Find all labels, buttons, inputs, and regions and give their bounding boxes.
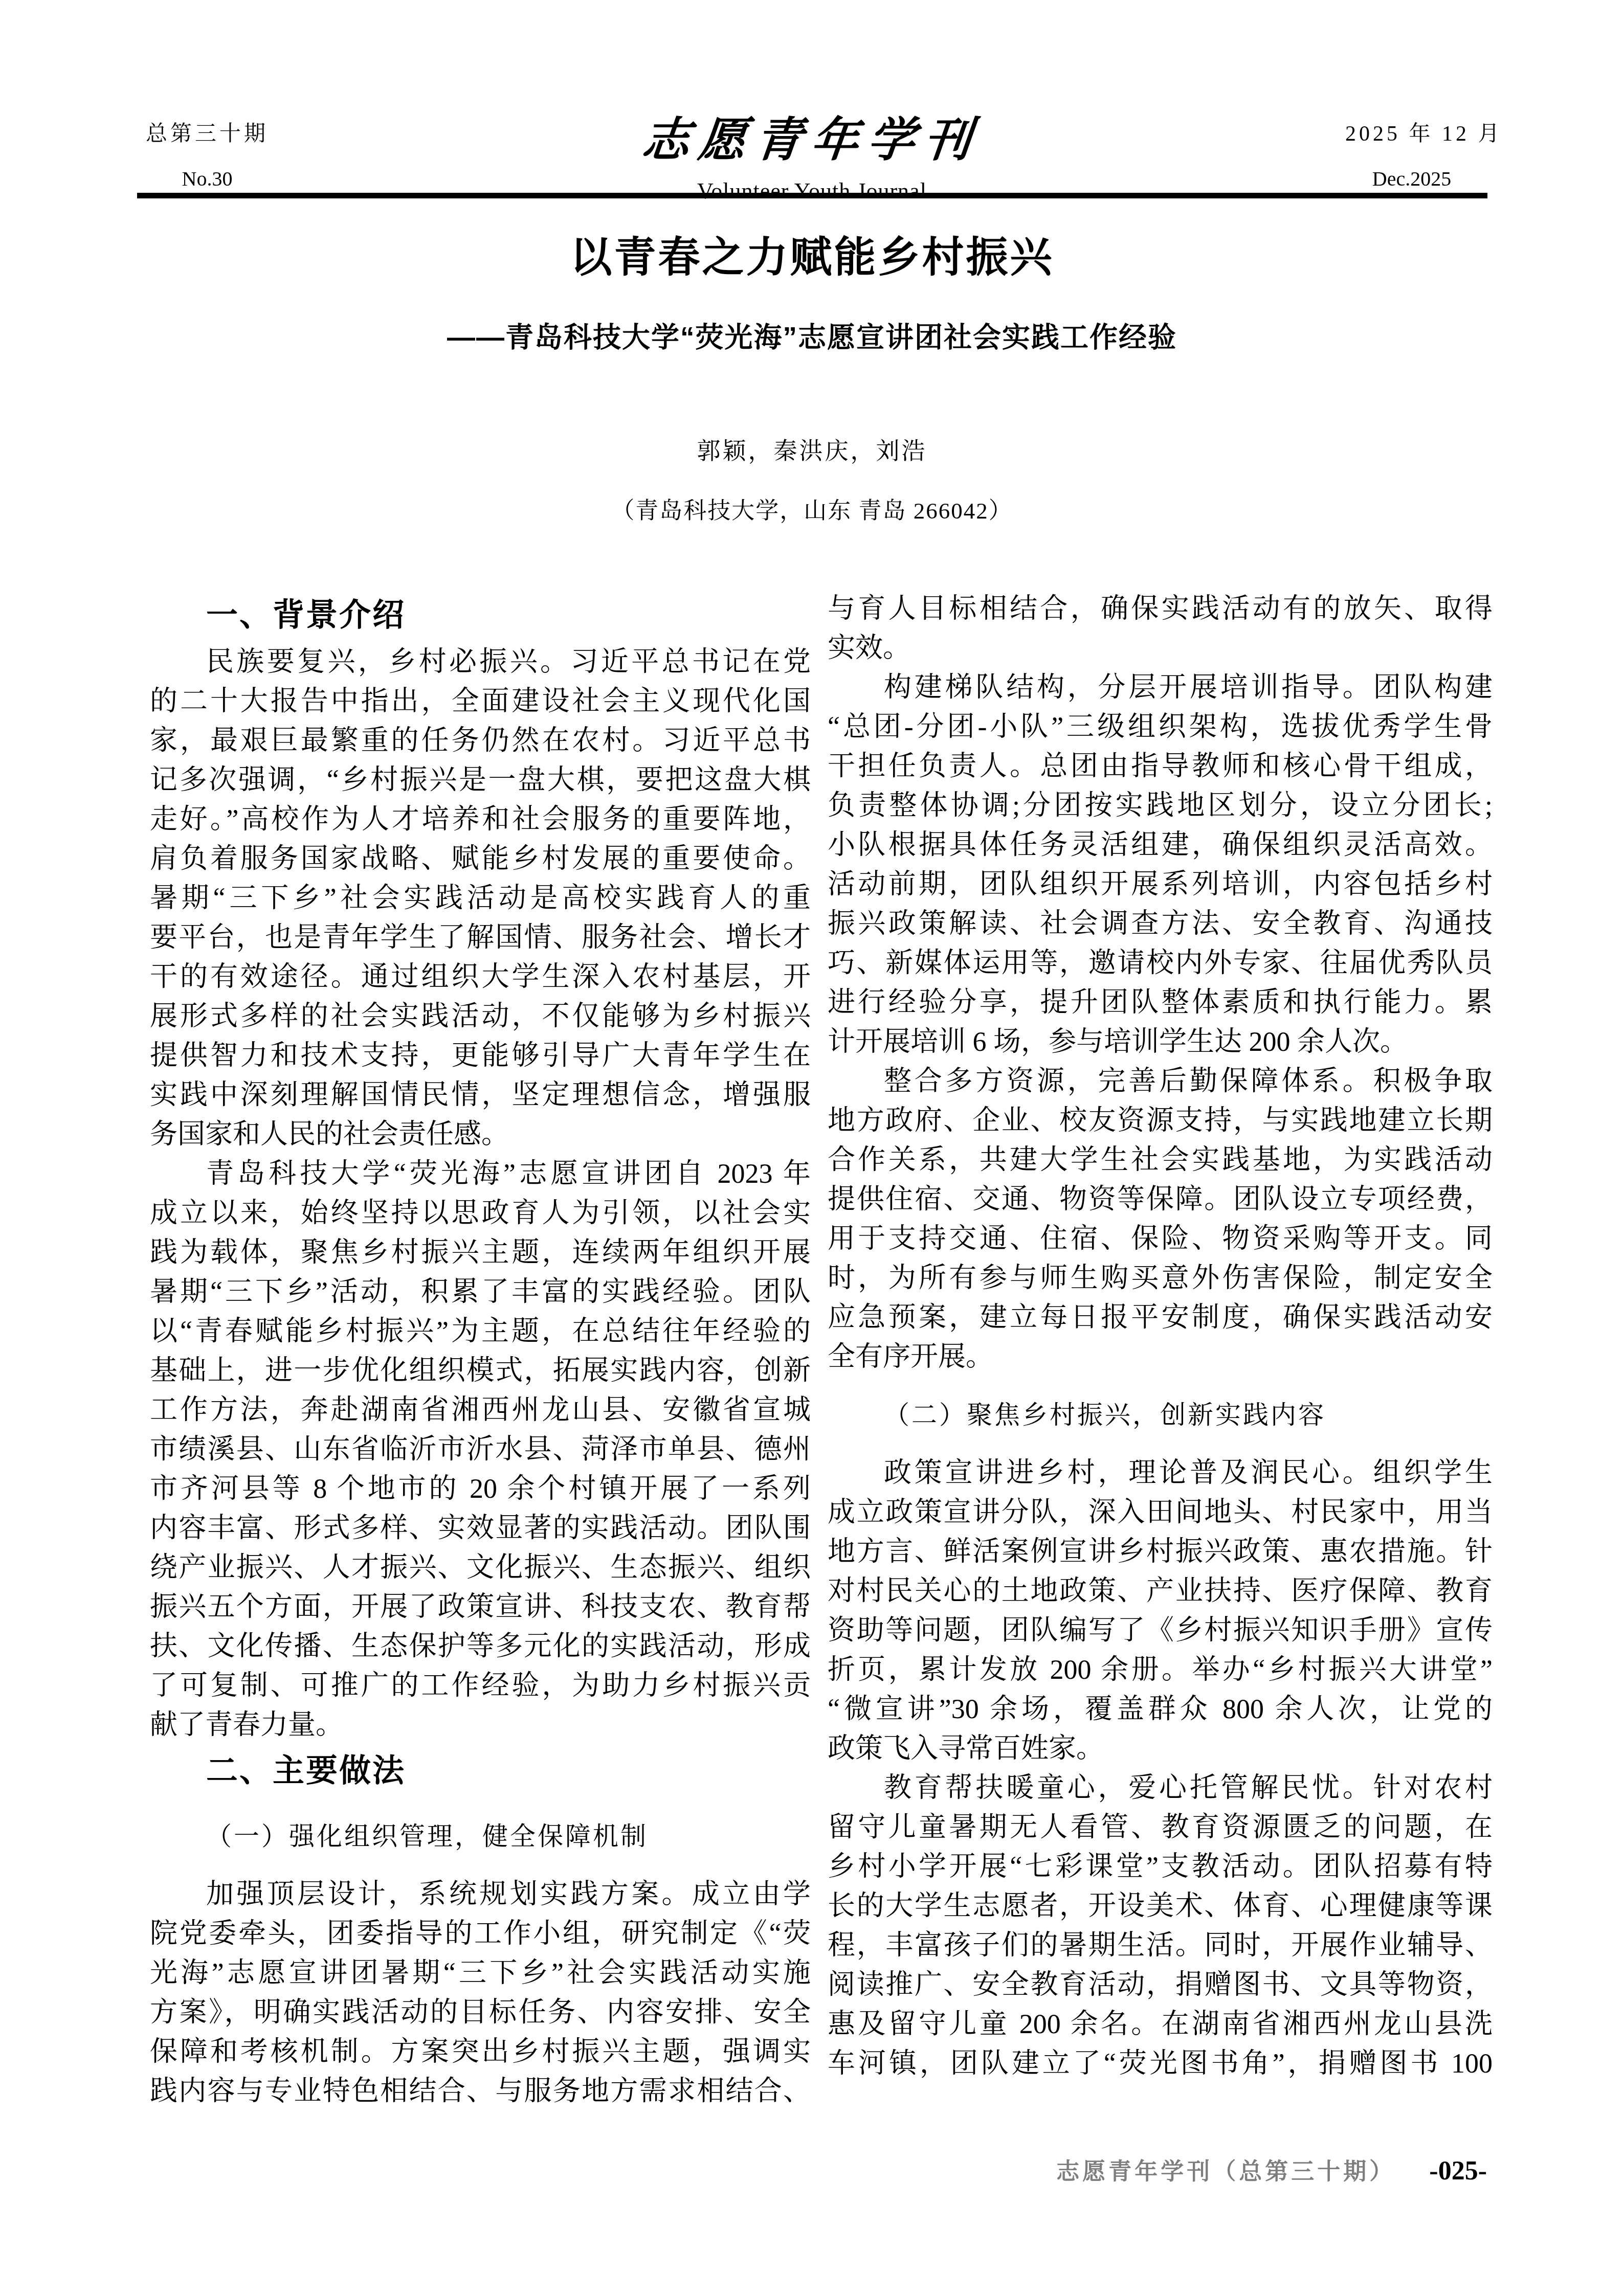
- text-line: 干的有效途径。通过组织大学生深入农村基层，开: [150, 957, 811, 997]
- text-line: 全有序开展。: [828, 1337, 1493, 1377]
- subsection-heading: （一）强化组织管理，健全保障机制: [150, 1798, 811, 1875]
- text-line: 绕产业振兴、人才振兴、文化振兴、生态振兴、组织: [150, 1548, 811, 1587]
- section-heading: 一、背景介绍: [150, 589, 811, 642]
- text-line: 暑期“三下乡”社会实践活动是高校实践育人的重: [150, 879, 811, 918]
- subsection-heading: （二）聚焦乡村振兴，创新实践内容: [828, 1377, 1493, 1453]
- text-line: 方案》，明确实践活动的目标任务、内容安排、安全: [150, 1993, 811, 2032]
- issue-date-cn: 2025 年 12 月: [1345, 117, 1478, 147]
- article-subtitle: ——青岛科技大学“荧光海”志愿宣讲团社会实践工作经验: [0, 314, 1624, 355]
- text-line: 负责整体协调;分团按实践地区划分，设立分团长;: [828, 786, 1493, 825]
- text-line: 合作关系，共建大学生社会实践基地，为实践活动: [828, 1140, 1493, 1180]
- journal-page: 总第三十期 No.30 志愿青年学刊 Volunteer Youth Journ…: [0, 0, 1624, 2296]
- text-line: 献了青春力量。: [150, 1705, 811, 1745]
- text-line: 青岛科技大学“荧光海”志愿宣讲团自 2023 年: [150, 1154, 811, 1194]
- text-line: 折页，累计发放 200 余册。举办“乡村振兴大讲堂”: [828, 1650, 1493, 1690]
- header-divider-rule: [137, 193, 1487, 198]
- text-line: 以“青春赋能乡村振兴”为主题，在总结往年经验的: [150, 1312, 811, 1351]
- text-line: 小队根据具体任务灵活组建，确保组织灵活高效。: [828, 825, 1493, 865]
- footer-journal-name: 志愿青年学刊（总第三十期）: [1056, 2153, 1395, 2186]
- text-line: 了可复制、可推广的工作经验，为助力乡村振兴贡: [150, 1666, 811, 1705]
- section-heading: 二、主要做法: [150, 1745, 811, 1798]
- text-line: 整合多方资源，完善后勤保障体系。积极争取: [828, 1062, 1493, 1101]
- text-line: 计开展培训 6 场，参与培训学生达 200 余人次。: [828, 1022, 1493, 1062]
- body-column-left: 一、背景介绍民族要复兴，乡村必振兴。习近平总书记在党的二十大报告中指出，全面建设…: [150, 589, 811, 2111]
- article-title: 以青春之力赋能乡村振兴: [0, 224, 1624, 284]
- text-line: 资助等问题，团队编写了《乡村振兴知识手册》宣传: [828, 1611, 1493, 1650]
- body-column-right: 与育人目标相结合，确保实践活动有的放矢、取得实效。构建梯队结构，分层开展培训指导…: [828, 589, 1493, 2083]
- text-line: 记多次强调，“乡村振兴是一盘大棋，要把这盘大棋: [150, 760, 811, 800]
- text-line: 阅读推广、安全教育活动，捐赠图书、文具等物资，: [828, 1965, 1493, 2005]
- article-authors: 郭颖，秦洪庆，刘浩: [0, 432, 1624, 466]
- text-line: 活动前期，团队组织开展系列培训，内容包括乡村: [828, 865, 1493, 904]
- text-line: 程，丰富孩子们的暑期生活。同时，开展作业辅导、: [828, 1926, 1493, 1965]
- text-line: 内容丰富、形式多样、实效显著的实践活动。团队围: [150, 1509, 811, 1548]
- header-date-block: 2025 年 12 月 Dec.2025: [1345, 117, 1478, 191]
- text-line: 政策宣讲进乡村，理论普及润民心。组织学生: [828, 1453, 1493, 1493]
- text-line: 振兴五个方面，开展了政策宣讲、科技支农、教育帮: [150, 1587, 811, 1627]
- text-line: 务国家和人民的社会责任感。: [150, 1115, 811, 1154]
- text-line: 进行经验分享，提升团队整体素质和执行能力。累: [828, 983, 1493, 1022]
- text-line: 工作方法，奔赴湖南省湘西州龙山县、安徽省宣城: [150, 1390, 811, 1430]
- text-line: 对村民关心的土地政策、产业扶持、医疗保障、教育: [828, 1571, 1493, 1611]
- text-line: 市齐河县等 8 个地市的 20 余个村镇开展了一系列: [150, 1469, 811, 1509]
- text-line: 乡村小学开展“七彩课堂”支教活动。团队招募有特: [828, 1847, 1493, 1886]
- text-line: 市绩溪县、山东省临沂市沂水县、菏泽市单县、德州: [150, 1430, 811, 1469]
- text-line: 肩负着服务国家战略、赋能乡村发展的重要使命。: [150, 839, 811, 879]
- text-line: 保障和考核机制。方案突出乡村振兴主题，强调实: [150, 2032, 811, 2072]
- text-line: 应急预案，建立每日报平安制度，确保实践活动安: [828, 1298, 1493, 1337]
- text-line: 的二十大报告中指出，全面建设社会主义现代化国: [150, 682, 811, 721]
- text-line: 实践中深刻理解国情民情，坚定理想信念，增强服: [150, 1075, 811, 1115]
- text-line: 践内容与专业特色相结合、与服务地方需求相结合、: [150, 2072, 811, 2111]
- text-line: 时，为所有参与师生购买意外伤害保险，制定安全: [828, 1258, 1493, 1298]
- text-line: 提供住宿、交通、物资等保障。团队设立专项经费，: [828, 1180, 1493, 1219]
- text-line: 用于支持交通、住宿、保险、物资采购等开支。同: [828, 1219, 1493, 1258]
- text-line: 干担任负责人。总团由指导教师和核心骨干组成，: [828, 747, 1493, 786]
- article-affiliation: （青岛科技大学，山东 青岛 266042）: [0, 492, 1624, 525]
- text-line: 实效。: [828, 628, 1493, 668]
- text-line: 惠及留守儿童 200 余名。在湖南省湘西州龙山县洗: [828, 2005, 1493, 2044]
- text-line: 教育帮扶暖童心，爱心托管解民忧。针对农村: [828, 1768, 1493, 1808]
- text-line: “总团-分团-小队”三级组织架构，选拔优秀学生骨: [828, 707, 1493, 747]
- text-line: 加强顶层设计，系统规划实践方案。成立由学: [150, 1875, 811, 1914]
- text-line: 提供智力和技术支持，更能够引导广大青年学生在: [150, 1036, 811, 1075]
- journal-title-calligraphy: 志愿青年学刊: [640, 102, 985, 170]
- text-line: 构建梯队结构，分层开展培训指导。团队构建: [828, 668, 1493, 707]
- text-line: “微宣讲”30 余场，覆盖群众 800 余人次，让党的: [828, 1690, 1493, 1729]
- text-line: 基础上，进一步优化组织模式，拓展实践内容，创新: [150, 1351, 811, 1390]
- text-line: 巧、新媒体运用等，邀请校内外专家、往届优秀队员: [828, 943, 1493, 983]
- text-line: 成立政策宣讲分队，深入田间地头、村民家中，用当: [828, 1493, 1493, 1532]
- text-line: 要平台，也是青年学生了解国情、服务社会、增长才: [150, 918, 811, 957]
- text-line: 展形式多样的社会实践活动，不仅能够为乡村振兴: [150, 997, 811, 1036]
- footer-page-number: -025-: [1429, 2156, 1487, 2186]
- text-line: 长的大学生志愿者，开设美术、体育、心理健康等课: [828, 1886, 1493, 1926]
- text-line: 成立以来，始终坚持以思政育人为引领，以社会实: [150, 1194, 811, 1233]
- text-line: 践为载体，聚焦乡村振兴主题，连续两年组织开展: [150, 1233, 811, 1272]
- text-line: 车河镇，团队建立了“荧光图书角”，捐赠图书 100: [828, 2044, 1493, 2083]
- text-line: 扶、文化传播、生态保护等多元化的实践活动，形成: [150, 1627, 811, 1666]
- text-line: 政策飞入寻常百姓家。: [828, 1729, 1493, 1768]
- text-line: 走好。”高校作为人才培养和社会服务的重要阵地，: [150, 800, 811, 839]
- page-footer: 志愿青年学刊（总第三十期） -025-: [1056, 2153, 1487, 2186]
- issue-date-en: Dec.2025: [1345, 167, 1478, 191]
- text-line: 家，最艰巨最繁重的任务仍然在农村。习近平总书: [150, 721, 811, 760]
- text-line: 民族要复兴，乡村必振兴。习近平总书记在党: [150, 642, 811, 682]
- text-line: 暑期“三下乡”活动，积累了丰富的实践经验。团队: [150, 1272, 811, 1312]
- text-line: 地方言、鲜活案例宣讲乡村振兴政策、惠农措施。针: [828, 1532, 1493, 1571]
- text-line: 留守儿童暑期无人看管、教育资源匮乏的问题，在: [828, 1808, 1493, 1847]
- text-line: 振兴政策解读、社会调查方法、安全教育、沟通技: [828, 904, 1493, 943]
- text-line: 光海”志愿宣讲团暑期“三下乡”社会实践活动实施: [150, 1953, 811, 1993]
- text-line: 地方政府、企业、校友资源支持，与实践地建立长期: [828, 1101, 1493, 1140]
- text-line: 与育人目标相结合，确保实践活动有的放矢、取得: [828, 589, 1493, 628]
- text-line: 院党委牵头，团委指导的工作小组，研究制定《“荧: [150, 1914, 811, 1953]
